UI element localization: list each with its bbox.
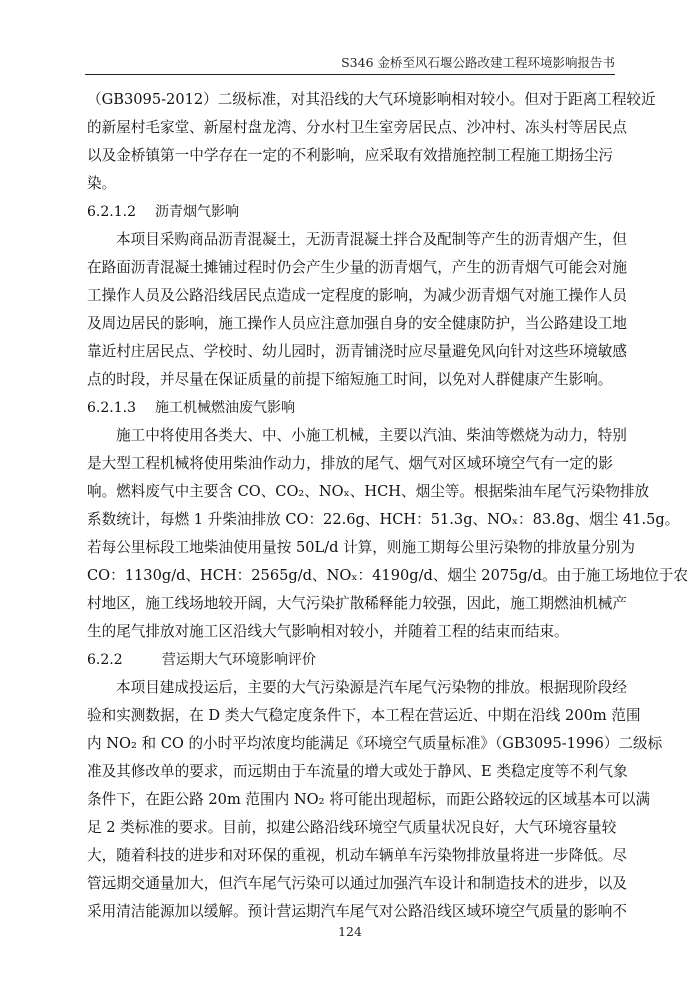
text-line: 本项目建成投运后，主要的大气污染源是汽车尾气污染物的排放。根据现阶段经: [87, 674, 613, 702]
page-number: 124: [0, 924, 700, 939]
text-line: 是大型工程机械将使用柴油作动力，排放的尾气、烟气对区域环境空气有一定的影: [87, 450, 613, 478]
running-header-title: S346 金桥至风石堰公路改建工程环境影响报告书: [341, 55, 615, 70]
text-line: 验和实测数据，在 D 类大气稳定度条件下，本工程在营运近、中期在沿线 200m …: [87, 702, 613, 730]
section-heading-6-2-2: 6.2.2营运期大气环境影响评价: [87, 646, 613, 674]
text-line: 及周边居民的影响，施工操作人员应注意加强自身的安全健康防护，当公路建设工地: [87, 310, 613, 338]
text-line: 系数统计，每燃 1 升柴油排放 CO：22.6g、HCH：51.3g、NOₓ：8…: [87, 506, 613, 534]
text-line: 工操作人员及公路沿线居民点造成一定程度的影响，为减少沥青烟气对施工操作人员: [87, 282, 613, 310]
text-line: 管远期交通量加大，但汽车尾气污染可以通过加强汽车设计和制造技术的进步，以及: [87, 870, 613, 898]
text-line: 响。燃料废气中主要含 CO、CO₂、NOₓ、HCH、烟尘等。根据柴油车尾气污染物…: [87, 478, 613, 506]
text-line: 条件下，在距公路 20m 范围内 NO₂ 将可能出现超标，而距公路较远的区域基本…: [87, 786, 613, 814]
text-line: 采用清洁能源加以缓解。预计营运期汽车尾气对公路沿线区域环境空气质量的影响不: [87, 898, 613, 926]
heading-number: 6.2.1.3: [87, 394, 155, 422]
section-heading-6-2-1-3: 6.2.1.3施工机械燃油废气影响: [87, 394, 613, 422]
text-line: 染。: [87, 170, 613, 198]
text-line: 村地区，施工线场地较开阔，大气污染扩散稀释能力较强，因此，施工期燃油机械产: [87, 590, 613, 618]
text-line: 内 NO₂ 和 CO 的小时平均浓度均能满足《环境空气质量标准》（GB3095-…: [87, 730, 613, 758]
text-line: 靠近村庄居民点、学校时、幼儿园时，沥青铺浇时应尽量避免风向针对这些环境敏感: [87, 338, 613, 366]
text-line: 生的尾气排放对施工区沿线大气影响相对较小，并随着工程的结束而结束。: [87, 618, 613, 646]
text-line: （GB3095-2012）二级标准，对其沿线的大气环境影响相对较小。但对于距离工…: [87, 86, 613, 114]
text-line: 大，随着科技的进步和对环保的重视，机动车辆单车污染物排放量将进一步降低。尽: [87, 842, 613, 870]
text-line: 的新屋村毛家堂、新屋村盘龙湾、分水村卫生室旁居民点、沙冲村、冻头村等居民点: [87, 114, 613, 142]
heading-number: 6.2.1.2: [87, 198, 155, 226]
heading-title: 施工机械燃油废气影响: [155, 400, 295, 416]
text-line: CO：1130g/d、HCH：2565g/d、NOₓ：4190g/d、烟尘 20…: [87, 562, 613, 590]
heading-number: 6.2.2: [87, 646, 162, 674]
text-line: 准及其修改单的要求，而远期由于车流量的增大或处于静风、E 类稳定度等不利气象: [87, 758, 613, 786]
running-header: S346 金桥至风石堰公路改建工程环境影响报告书: [85, 54, 615, 75]
heading-title: 营运期大气环境影响评价: [162, 652, 316, 668]
text-line: 以及金桥镇第一中学存在一定的不利影响，应采取有效措施控制工程施工期扬尘污: [87, 142, 613, 170]
document-body: （GB3095-2012）二级标准，对其沿线的大气环境影响相对较小。但对于距离工…: [87, 86, 613, 926]
section-heading-6-2-1-2: 6.2.1.2沥青烟气影响: [87, 198, 613, 226]
text-line: 若每公里标段工地柴油使用量按 50L/d 计算，则施工期每公里污染物的排放量分别…: [87, 534, 613, 562]
text-line: 在路面沥青混凝土摊铺过程时仍会产生少量的沥青烟气，产生的沥青烟气可能会对施: [87, 254, 613, 282]
text-line: 本项目采购商品沥青混凝土，无沥青混凝土拌合及配制等产生的沥青烟产生，但: [87, 226, 613, 254]
text-line: 足 2 类标准的要求。目前，拟建公路沿线环境空气质量状况良好，大气环境容量较: [87, 814, 613, 842]
text-line: 施工中将使用各类大、中、小施工机械，主要以汽油、柴油等燃烧为动力，特别: [87, 422, 613, 450]
heading-title: 沥青烟气影响: [155, 204, 239, 220]
text-line: 点的时段，并尽量在保证质量的前提下缩短施工时间，以免对人群健康产生影响。: [87, 366, 613, 394]
